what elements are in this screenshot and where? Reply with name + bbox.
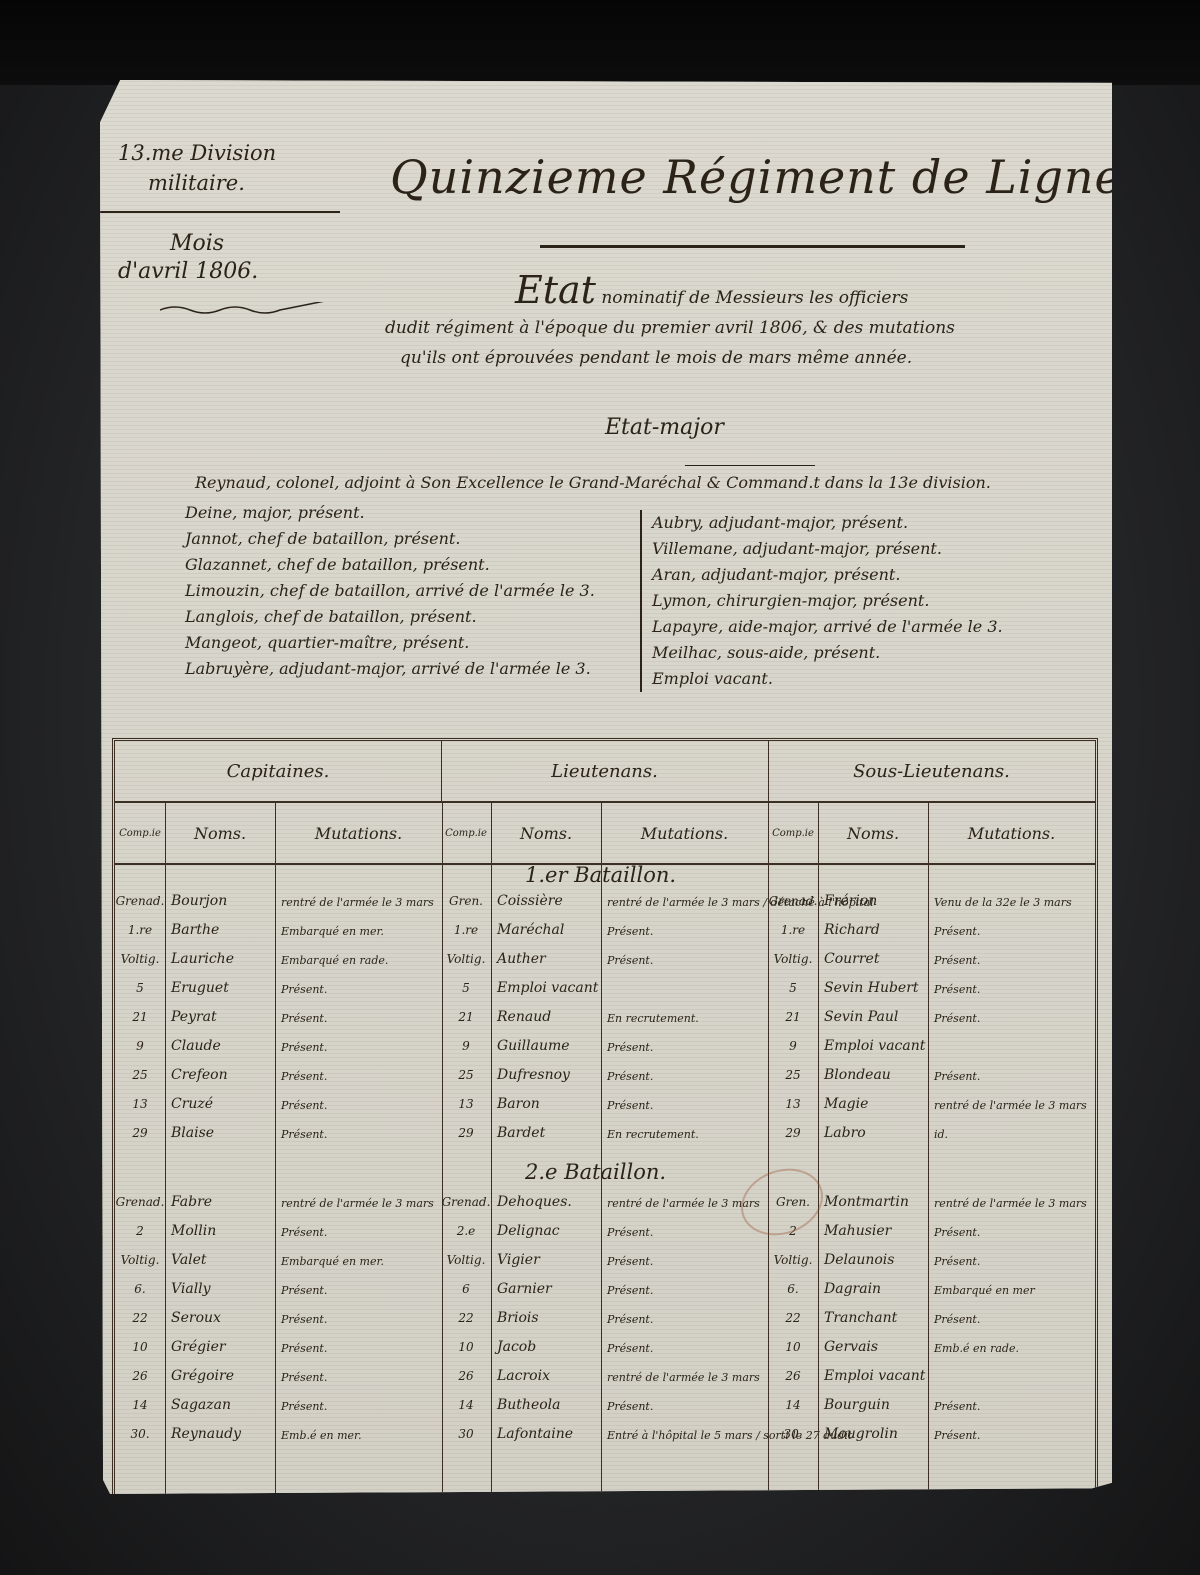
- cell-nom: Bardet: [497, 1123, 545, 1143]
- cell-comp: 2.e: [441, 1221, 491, 1241]
- staff-list-left: Deine, major, présent. Jannot, chef de b…: [185, 500, 595, 682]
- cell-comp: Voltig.: [115, 1250, 165, 1270]
- staff-entry: Mangeot, quartier-maître, présent.: [185, 630, 595, 656]
- flourish-ornament: [160, 302, 340, 314]
- cell-comp: 13: [768, 1094, 818, 1114]
- cell-comp: 2: [115, 1221, 165, 1241]
- cell-comp: 9: [441, 1036, 491, 1056]
- cell-comp: 1.re: [115, 920, 165, 940]
- cell-nom: Crefeon: [171, 1065, 228, 1085]
- etat-line-2: dudit régiment à l'époque du premier avr…: [385, 313, 1105, 343]
- month-line-2: d'avril 1806.: [118, 258, 258, 286]
- cell-nom: Lacroix: [497, 1366, 550, 1386]
- backdrop-top: [0, 0, 1200, 85]
- cell-mutation: Présent.: [934, 1223, 980, 1243]
- cell-mutation: Présent.: [607, 1223, 653, 1243]
- staff-entry-colonel: Reynaud, colonel, adjoint à Son Excellen…: [195, 470, 991, 496]
- manuscript-page: 13.me Division militaire. Mois d'avril 1…: [100, 80, 1112, 1494]
- cell-nom: Eruguet: [171, 978, 229, 998]
- cell-comp: 21: [115, 1007, 165, 1027]
- staff-entry: Labruyère, adjudant-major, arrivé de l'a…: [185, 656, 595, 682]
- cell-nom: Mollin: [171, 1221, 216, 1241]
- cell-nom: Bourjon: [171, 891, 227, 911]
- cell-comp: 26: [768, 1366, 818, 1386]
- cell-comp: Voltig.: [768, 1250, 818, 1270]
- cell-nom: Dagrain: [824, 1279, 881, 1299]
- cell-nom: Seroux: [171, 1308, 221, 1328]
- cell-nom: Vially: [171, 1279, 211, 1299]
- column-header-sous_lieutenans-mutations: Mutations.: [928, 801, 1095, 865]
- group-header-capitaines: Capitaines.: [115, 741, 442, 801]
- cell-nom: Valet: [171, 1250, 207, 1270]
- cell-mutation: Emb.é en mer.: [281, 1426, 362, 1446]
- cell-nom: Blondeau: [824, 1065, 891, 1085]
- etat-word: Etat: [515, 268, 596, 312]
- cell-nom: Renaud: [497, 1007, 551, 1027]
- cell-comp: 29: [768, 1123, 818, 1143]
- cell-comp: 6.: [115, 1279, 165, 1299]
- cell-mutation: Présent.: [607, 951, 653, 971]
- staff-entry: Villemane, adjudant-major, présent.: [652, 536, 1003, 562]
- cell-mutation: Présent.: [934, 1310, 980, 1330]
- cell-mutation: Présent.: [281, 1310, 327, 1330]
- cell-nom: Delaunois: [824, 1250, 894, 1270]
- cell-comp: 21: [768, 1007, 818, 1027]
- cell-comp: Gren.: [441, 891, 491, 911]
- cell-nom: Magie: [824, 1094, 868, 1114]
- cell-nom: Sevin Hubert: [824, 978, 919, 998]
- cell-mutation: Présent.: [281, 1368, 327, 1388]
- cell-mutation: En recrutement.: [607, 1009, 699, 1029]
- cell-nom: Labro: [824, 1123, 866, 1143]
- cell-comp: Voltig.: [441, 949, 491, 969]
- cell-nom: Fabre: [171, 1192, 212, 1212]
- cell-comp: 26: [441, 1366, 491, 1386]
- title-underline: [540, 245, 965, 248]
- etat-heading: Etat nominatif de Messieurs les officier…: [385, 275, 1105, 373]
- cell-comp: Grenad.: [768, 891, 818, 911]
- cell-comp: 10: [115, 1337, 165, 1357]
- page-title: Quinzieme Régiment de Ligne.: [390, 150, 1138, 204]
- cell-mutation: Présent.: [281, 1281, 327, 1301]
- cell-mutation: Présent.: [607, 1252, 653, 1272]
- staff-entry: Lymon, chirurgien-major, présent.: [652, 588, 1003, 614]
- cell-mutation: rentré de l'armée le 3 mars: [281, 893, 434, 913]
- cell-nom: Lauriche: [171, 949, 234, 969]
- staff-entry: Emploi vacant.: [652, 666, 1003, 692]
- staff-list-right: Aubry, adjudant-major, présent. Villeman…: [640, 510, 1003, 692]
- cell-comp: 25: [768, 1065, 818, 1085]
- cell-mutation: id.: [934, 1125, 948, 1145]
- cell-nom: Dehoques.: [497, 1192, 572, 1212]
- cell-nom: Tranchant: [824, 1308, 897, 1328]
- cell-nom: Cruzé: [171, 1094, 213, 1114]
- cell-comp: 25: [115, 1065, 165, 1085]
- cell-nom: Montmartin: [824, 1192, 909, 1212]
- cell-mutation: Présent.: [934, 1067, 980, 1087]
- cell-nom: Bourguin: [824, 1395, 890, 1415]
- staff-entry: Lapayre, aide-major, arrivé de l'armée l…: [652, 614, 1003, 640]
- cell-comp: 5: [768, 978, 818, 998]
- cell-nom: Dufresnoy: [497, 1065, 570, 1085]
- cell-nom: Courret: [824, 949, 879, 969]
- cell-mutation: Présent.: [934, 922, 980, 942]
- cell-nom: Richard: [824, 920, 880, 940]
- staff-entry: Aubry, adjudant-major, présent.: [652, 510, 1003, 536]
- cell-nom: Frérion: [824, 891, 877, 911]
- cell-nom: Claude: [171, 1036, 221, 1056]
- cell-comp: 5: [115, 978, 165, 998]
- cell-comp: 10: [441, 1337, 491, 1357]
- cell-comp: 10: [768, 1337, 818, 1357]
- cell-mutation: Présent.: [607, 1067, 653, 1087]
- cell-comp: 29: [441, 1123, 491, 1143]
- cell-mutation: Présent.: [607, 1096, 653, 1116]
- cell-mutation: rentré de l'armée le 3 mars: [281, 1194, 434, 1214]
- cell-nom: Gervais: [824, 1337, 878, 1357]
- cell-comp: Voltig.: [768, 949, 818, 969]
- cell-comp: 21: [441, 1007, 491, 1027]
- cell-mutation: Présent.: [934, 951, 980, 971]
- month-header: Mois d'avril 1806.: [118, 230, 258, 286]
- cell-comp: 14: [441, 1395, 491, 1415]
- cell-mutation: Présent.: [934, 1252, 980, 1272]
- cell-mutation: Présent.: [607, 1281, 653, 1301]
- cell-mutation: Présent.: [934, 980, 980, 1000]
- battalion-1-title: 1.er Bataillon.: [525, 863, 676, 887]
- cell-nom: Vigier: [497, 1250, 540, 1270]
- cell-mutation: En recrutement.: [607, 1125, 699, 1145]
- cell-comp: 1.re: [441, 920, 491, 940]
- cell-nom: Baron: [497, 1094, 540, 1114]
- cell-comp: Grenad.: [441, 1192, 491, 1212]
- staff-entry: Langlois, chef de bataillon, présent.: [185, 604, 595, 630]
- cell-comp: Grenad.: [115, 1192, 165, 1212]
- cell-mutation: Présent.: [934, 1009, 980, 1029]
- cell-nom: Guillaume: [497, 1036, 570, 1056]
- battalion-2-title: 2.e Bataillon.: [525, 1160, 666, 1184]
- cell-comp: 30.: [768, 1424, 818, 1444]
- cell-comp: 25: [441, 1065, 491, 1085]
- cell-comp: 6.: [768, 1279, 818, 1299]
- cell-comp: Voltig.: [441, 1250, 491, 1270]
- cell-nom: Garnier: [497, 1279, 552, 1299]
- etat-line-3: qu'ils ont éprouvées pendant le mois de …: [385, 343, 1105, 373]
- cell-mutation: Présent.: [281, 1125, 327, 1145]
- staff-entry: Jannot, chef de bataillon, présent.: [185, 526, 595, 552]
- cell-comp: 22: [115, 1308, 165, 1328]
- cell-nom: Butheola: [497, 1395, 561, 1415]
- cell-mutation: Embarqué en rade.: [281, 951, 388, 971]
- cell-comp: 26: [115, 1366, 165, 1386]
- cell-comp: 29: [115, 1123, 165, 1143]
- cell-nom: Blaise: [171, 1123, 214, 1143]
- cell-nom: Lafontaine: [497, 1424, 573, 1444]
- cell-comp: 5: [441, 978, 491, 998]
- cell-comp: 6: [441, 1279, 491, 1299]
- cell-mutation: Présent.: [281, 1067, 327, 1087]
- cell-nom: Sevin Paul: [824, 1007, 898, 1027]
- cell-mutation: Présent.: [607, 922, 653, 942]
- cell-nom: Barthe: [171, 920, 219, 940]
- staff-entry: Glazannet, chef de bataillon, présent.: [185, 552, 595, 578]
- cell-nom: Sagazan: [171, 1395, 231, 1415]
- staff-entry: Deine, major, présent.: [185, 500, 595, 526]
- cell-mutation: rentré de l'armée le 3 mars: [607, 1194, 760, 1214]
- cell-comp: 30.: [115, 1424, 165, 1444]
- cell-comp: 9: [115, 1036, 165, 1056]
- cell-nom: Emploi vacant: [497, 978, 598, 998]
- header-divider: [100, 211, 340, 213]
- cell-nom: Mahusier: [824, 1221, 891, 1241]
- cell-mutation: Présent.: [281, 980, 327, 1000]
- cell-mutation: Présent.: [934, 1397, 980, 1417]
- cell-nom: Briois: [497, 1308, 539, 1328]
- cell-mutation: Embarqué en mer: [934, 1281, 1035, 1301]
- cell-nom: Emploi vacant: [824, 1366, 925, 1386]
- cell-comp: 14: [115, 1395, 165, 1415]
- cell-nom: Grégier: [171, 1337, 226, 1357]
- cell-comp: 30: [441, 1424, 491, 1444]
- cell-comp: Grenad.: [115, 891, 165, 911]
- etat-major-title: Etat-major: [605, 415, 724, 440]
- staff-entry: Aran, adjudant-major, présent.: [652, 562, 1003, 588]
- officers-table: Capitaines. Lieutenans. Sous-Lieutenans.…: [112, 738, 1098, 1497]
- cell-nom: Auther: [497, 949, 546, 969]
- cell-comp: 9: [768, 1036, 818, 1056]
- cell-mutation: Présent.: [281, 1038, 327, 1058]
- cell-mutation: Présent.: [281, 1096, 327, 1116]
- cell-mutation: Présent.: [607, 1310, 653, 1330]
- cell-nom: Jacob: [497, 1337, 536, 1357]
- etat-line-1: nominatif de Messieurs les officiers: [601, 288, 908, 308]
- cell-comp: 22: [768, 1308, 818, 1328]
- staff-entry: Meilhac, sous-aide, présent.: [652, 640, 1003, 666]
- cell-nom: Emploi vacant: [824, 1036, 925, 1056]
- cell-mutation: Présent.: [607, 1397, 653, 1417]
- cell-comp: 22: [441, 1308, 491, 1328]
- cell-mutation: Présent.: [281, 1009, 327, 1029]
- cell-mutation: rentré de l'armée le 3 mars: [934, 1194, 1087, 1214]
- cell-nom: Reynaudy: [171, 1424, 241, 1444]
- division-line-1: 13.me Division: [118, 138, 276, 168]
- etat-major-underline: [685, 465, 815, 466]
- cell-mutation: Embarqué en mer.: [281, 1252, 384, 1272]
- month-line-1: Mois: [118, 230, 258, 258]
- division-line-2: militaire.: [118, 168, 276, 198]
- cell-mutation: Présent.: [281, 1223, 327, 1243]
- cell-mutation: Présent.: [934, 1426, 980, 1446]
- cell-mutation: Présent.: [281, 1339, 327, 1359]
- cell-mutation: Venu de la 32e le 3 mars: [934, 893, 1072, 913]
- group-header-lieutenans: Lieutenans.: [441, 741, 769, 801]
- cell-mutation: Présent.: [281, 1397, 327, 1417]
- cell-mutation: Emb.é en rade.: [934, 1339, 1019, 1359]
- cell-comp: 13: [441, 1094, 491, 1114]
- cell-nom: Maréchal: [497, 920, 564, 940]
- cell-mutation: Embarqué en mer.: [281, 922, 384, 942]
- staff-entry: Limouzin, chef de bataillon, arrivé de l…: [185, 578, 595, 604]
- cell-nom: Delignac: [497, 1221, 560, 1241]
- cell-mutation: rentré de l'armée le 3 mars: [607, 1368, 760, 1388]
- cell-comp: 14: [768, 1395, 818, 1415]
- cell-mutation: Présent.: [607, 1339, 653, 1359]
- cell-comp: Voltig.: [115, 949, 165, 969]
- cell-mutation: Présent.: [607, 1038, 653, 1058]
- cell-nom: Grégoire: [171, 1366, 234, 1386]
- cell-nom: Coissière: [497, 891, 563, 911]
- cell-comp: 13: [115, 1094, 165, 1114]
- group-header-sous-lieutenans: Sous-Lieutenans.: [768, 741, 1096, 801]
- cell-nom: Peyrat: [171, 1007, 217, 1027]
- division-header: 13.me Division militaire.: [118, 138, 276, 198]
- cell-mutation: rentré de l'armée le 3 mars: [934, 1096, 1087, 1116]
- cell-nom: Mougrolin: [824, 1424, 898, 1444]
- cell-comp: 1.re: [768, 920, 818, 940]
